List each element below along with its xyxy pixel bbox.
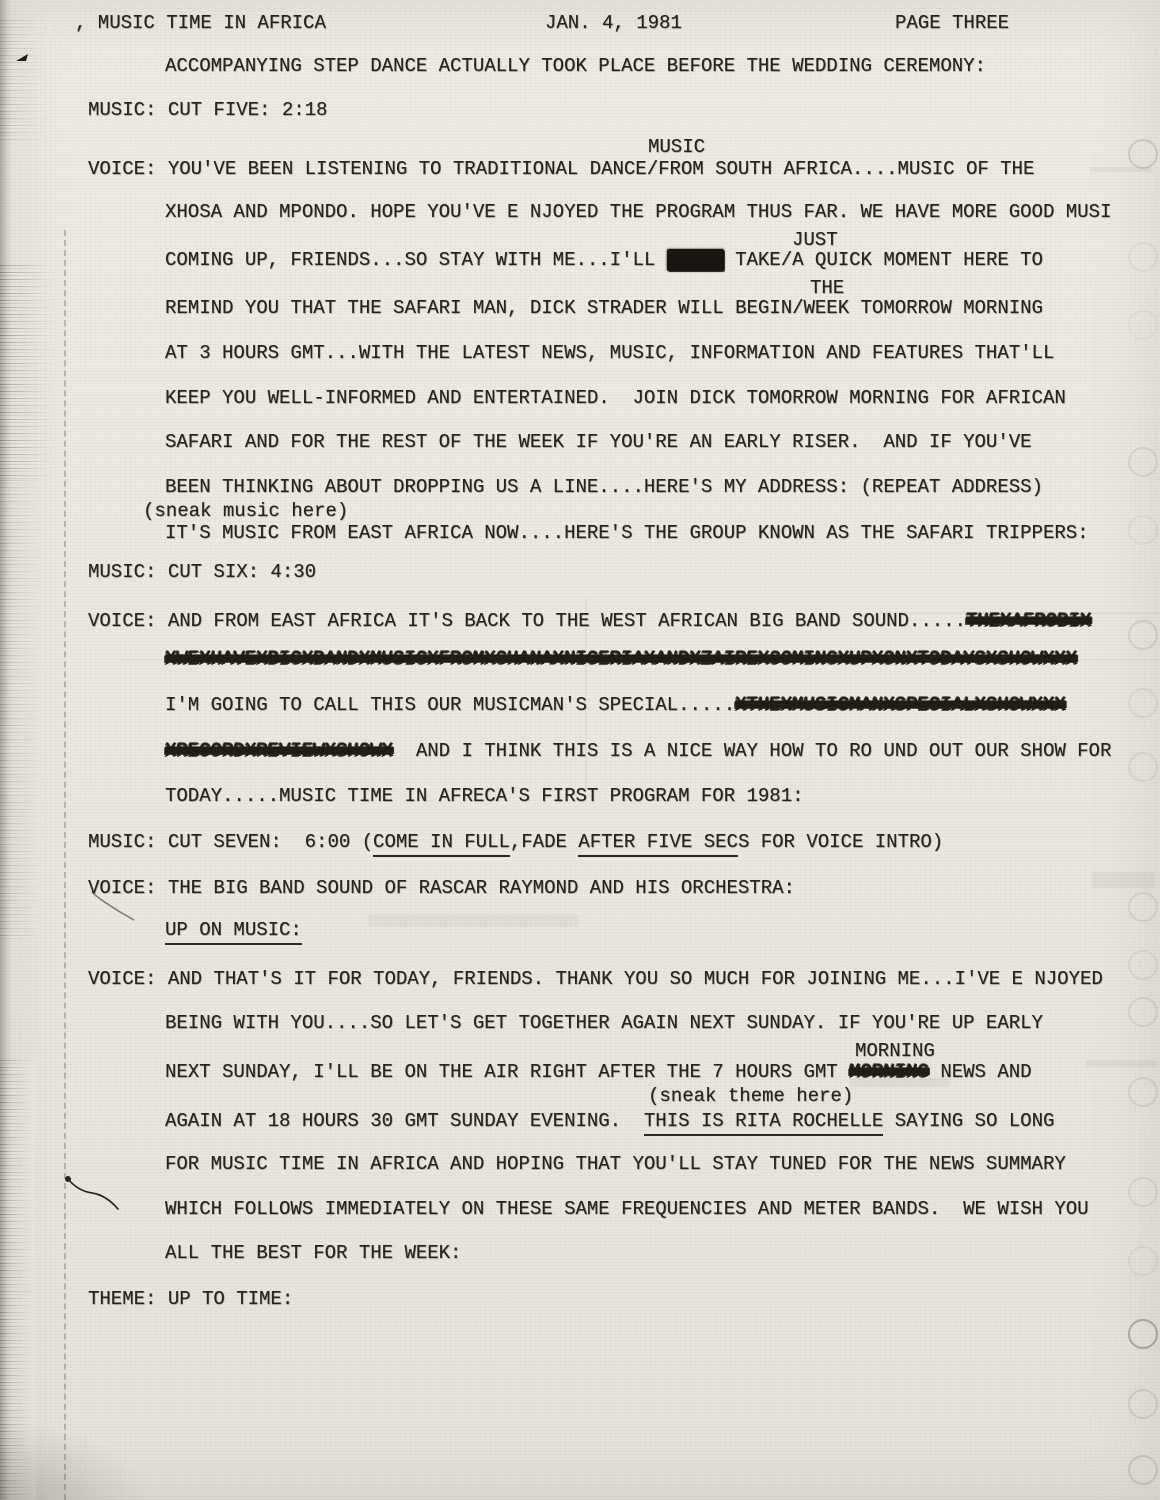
- music-cue: MUSIC: CUT SIX: 4:30: [88, 563, 316, 583]
- punch-hole: [1128, 1177, 1158, 1207]
- text: JUST: [792, 229, 838, 251]
- punch-hole: [1128, 1319, 1158, 1349]
- script-line: ALL THE BEST FOR THE WEEK:: [165, 1244, 461, 1264]
- text: ALL THE BEST FOR THE WEEK:: [165, 1242, 461, 1264]
- text: MUSIC: CUT SIX: 4:30: [88, 561, 316, 583]
- text: WHICH FOLLOWS IMMEDIATELY ON THESE SAME …: [165, 1198, 1089, 1220]
- text: TAKE/A QUICK MOMENT HERE TO: [724, 249, 1043, 271]
- text: KEEP YOU WELL-INFORMED AND ENTERTAINED. …: [165, 387, 1066, 409]
- script-line: WHICH FOLLOWS IMMEDIATELY ON THESE SAME …: [165, 1200, 1089, 1220]
- punch-hole: [1128, 950, 1158, 980]
- text: BEEN THINKING ABOUT DROPPING US A LINE..…: [165, 476, 1043, 498]
- punch-hole: [1128, 1455, 1158, 1485]
- struck-text: THEXAFROBIX: [966, 610, 1091, 632]
- script-line: IT'S MUSIC FROM EAST AFRICA NOW....HERE'…: [165, 524, 1089, 544]
- script-line: AGAIN AT 18 HOURS 30 GMT SUNDAY EVENING.…: [165, 1112, 1054, 1132]
- text: AND I THINK THIS IS A NICE WAY HOW TO RO…: [393, 740, 1111, 762]
- text: AGAIN AT 18 HOURS 30 GMT SUNDAY EVENING.: [165, 1110, 644, 1132]
- voice-cue: VOICE: AND FROM EAST AFRICA IT'S BACK TO…: [88, 612, 1091, 632]
- voice-cue: VOICE: THE BIG BAND SOUND OF RASCAR RAYM…: [88, 879, 795, 899]
- text: MUSIC: CUT FIVE: 2:18: [88, 99, 327, 121]
- corner-shadow: [0, 1420, 150, 1500]
- text: TODAY.....MUSIC TIME IN AFRECA'S FIRST P…: [165, 785, 804, 807]
- text: VOICE: THE BIG BAND SOUND OF RASCAR RAYM…: [88, 877, 795, 899]
- underlined-text: COME IN FULL: [373, 831, 510, 857]
- punch-hole: [1128, 515, 1158, 545]
- struck-text: XTHEXMUSICMANXSPECIALXSHOWXXX: [735, 694, 1066, 716]
- text: VOICE: AND THAT'S IT FOR TODAY, FRIENDS.…: [88, 968, 1103, 990]
- header-date: JAN. 4, 1981: [545, 14, 682, 34]
- text: I'M GOING TO CALL THIS OUR MUSICMAN'S SP…: [165, 694, 735, 716]
- punch-hole: [1128, 139, 1158, 169]
- text: MORNING: [855, 1040, 935, 1062]
- text: VOICE: AND FROM EAST AFRICA IT'S BACK TO…: [88, 610, 966, 632]
- text: JAN. 4, 1981: [545, 12, 682, 34]
- script-line: NEXT SUNDAY, I'LL BE ON THE AIR RIGHT AF…: [165, 1063, 1032, 1083]
- punch-hole: [1128, 242, 1158, 272]
- struck-text: XRECORDXREVIEWXSHOWX: [165, 740, 393, 762]
- script-line: AT 3 HOURS GMT...WITH THE LATEST NEWS, M…: [165, 344, 1054, 364]
- script-line: XHOSA AND MPONDO. HOPE YOU'VE E NJOYED T…: [165, 203, 1111, 223]
- text: COMING UP, FRIENDS...SO STAY WITH ME...I…: [165, 249, 667, 271]
- punch-hole: [1128, 688, 1158, 718]
- struck-text: MORNING: [849, 1061, 929, 1083]
- punch-hole: [1128, 752, 1158, 782]
- text: (sneak music here): [143, 500, 348, 522]
- script-line: FOR MUSIC TIME IN AFRICA AND HOPING THAT…: [165, 1155, 1066, 1175]
- text: MUSIC: [648, 136, 705, 158]
- text: , MUSIC TIME IN AFRICA: [75, 12, 326, 34]
- scanned-script-page: , MUSIC TIME IN AFRICAJAN. 4, 1981PAGE T…: [0, 0, 1160, 1500]
- music-direction: UP ON MUSIC:: [165, 921, 302, 941]
- punch-hole: [1128, 447, 1158, 477]
- pen-mark: [14, 50, 32, 72]
- theme-cue: THEME: UP TO TIME:: [88, 1290, 293, 1310]
- text: NEXT SUNDAY, I'LL BE ON THE AIR RIGHT AF…: [165, 1061, 849, 1083]
- punch-hole: [1128, 310, 1158, 340]
- fold-line: [64, 230, 66, 1500]
- scan-streaks: [0, 20, 52, 140]
- punch-hole: [1128, 892, 1158, 922]
- text: BEING WITH YOU....SO LET'S GET TOGETHER …: [165, 1012, 1043, 1034]
- smudge: [1086, 1060, 1156, 1067]
- punch-hole: [1128, 1389, 1158, 1419]
- text: ACCOMPANYING STEP DANCE ACTUALLY TOOK PL…: [165, 55, 986, 77]
- smudge: [368, 914, 578, 927]
- punch-hole: [1128, 620, 1158, 650]
- struck-text: XWEXHAVEXBIGXBANDXMUSICXFROMXGHANAXNIGER…: [165, 648, 1077, 670]
- smudge: [1092, 872, 1154, 888]
- punch-hole: [1128, 1077, 1158, 1107]
- music-cue: MUSIC: CUT FIVE: 2:18: [88, 101, 327, 121]
- inserted-word: MORNING: [855, 1042, 935, 1062]
- text: NEWS AND: [929, 1061, 1032, 1083]
- text: REMIND YOU THAT THE SAFARI MAN, DICK STR…: [165, 297, 1043, 319]
- script-line: COMING UP, FRIENDS...SO STAY WITH ME...I…: [165, 251, 1043, 271]
- scan-streaks: [0, 480, 46, 940]
- struck-line: XWEXHAVEXBIGXBANDXMUSICXFROMXGHANAXNIGER…: [165, 650, 1077, 670]
- script-line: SAFARI AND FOR THE REST OF THE WEEK IF Y…: [165, 433, 1032, 453]
- text: PAGE THREE: [895, 12, 1009, 34]
- pen-squiggle: [60, 1170, 135, 1224]
- script-line: KEEP YOU WELL-INFORMED AND ENTERTAINED. …: [165, 389, 1066, 409]
- text: FOR MUSIC TIME IN AFRICA AND HOPING THAT…: [165, 1153, 1066, 1175]
- redacted-text: XXXXX: [667, 249, 724, 271]
- music-cue: MUSIC: CUT SEVEN: 6:00 (COME IN FULL,FAD…: [88, 833, 943, 853]
- punch-hole: [1128, 1246, 1158, 1276]
- stage-direction: (sneak theme here): [648, 1087, 853, 1107]
- punch-hole: [1128, 997, 1158, 1027]
- text: ,FADE: [510, 831, 578, 853]
- script-line: TODAY.....MUSIC TIME IN AFRECA'S FIRST P…: [165, 787, 804, 807]
- underlined-text: THIS IS RITA ROCHELLE: [644, 1110, 883, 1136]
- text: (sneak theme here): [648, 1085, 853, 1107]
- text: THE: [810, 277, 844, 299]
- voice-cue: VOICE: AND THAT'S IT FOR TODAY, FRIENDS.…: [88, 970, 1103, 990]
- text: AT 3 HOURS GMT...WITH THE LATEST NEWS, M…: [165, 342, 1054, 364]
- text: XHOSA AND MPONDO. HOPE YOU'VE E NJOYED T…: [165, 201, 1111, 223]
- header-title: , MUSIC TIME IN AFRICA: [75, 14, 326, 34]
- header-page: PAGE THREE: [895, 14, 1009, 34]
- inserted-word: JUST: [792, 231, 838, 251]
- text: THEME: UP TO TIME:: [88, 1288, 293, 1310]
- text: S FOR VOICE INTRO): [738, 831, 943, 853]
- text: SAYING SO LONG: [883, 1110, 1054, 1132]
- scan-streaks: [0, 265, 58, 480]
- stage-direction: (sneak music here): [143, 502, 348, 522]
- underlined-text: AFTER FIVE SEC: [578, 831, 738, 857]
- text: SAFARI AND FOR THE REST OF THE WEEK IF Y…: [165, 431, 1032, 453]
- inserted-word: MUSIC: [648, 138, 705, 158]
- underlined-text: UP ON MUSIC:: [165, 919, 302, 945]
- text: VOICE: YOU'VE BEEN LISTENING TO TRADITIO…: [88, 158, 1034, 180]
- text: IT'S MUSIC FROM EAST AFRICA NOW....HERE'…: [165, 522, 1089, 544]
- inserted-word: THE: [810, 279, 844, 299]
- text: MUSIC: CUT SEVEN: 6:00 (: [88, 831, 373, 853]
- script-line: XRECORDXREVIEWXSHOWX AND I THINK THIS IS…: [165, 742, 1111, 762]
- script-line: REMIND YOU THAT THE SAFARI MAN, DICK STR…: [165, 299, 1043, 319]
- script-line: ACCOMPANYING STEP DANCE ACTUALLY TOOK PL…: [165, 57, 986, 77]
- script-line: BEEN THINKING ABOUT DROPPING US A LINE..…: [165, 478, 1043, 498]
- voice-cue: VOICE: YOU'VE BEEN LISTENING TO TRADITIO…: [88, 160, 1034, 180]
- script-line: BEING WITH YOU....SO LET'S GET TOGETHER …: [165, 1014, 1043, 1034]
- script-line: I'M GOING TO CALL THIS OUR MUSICMAN'S SP…: [165, 696, 1066, 716]
